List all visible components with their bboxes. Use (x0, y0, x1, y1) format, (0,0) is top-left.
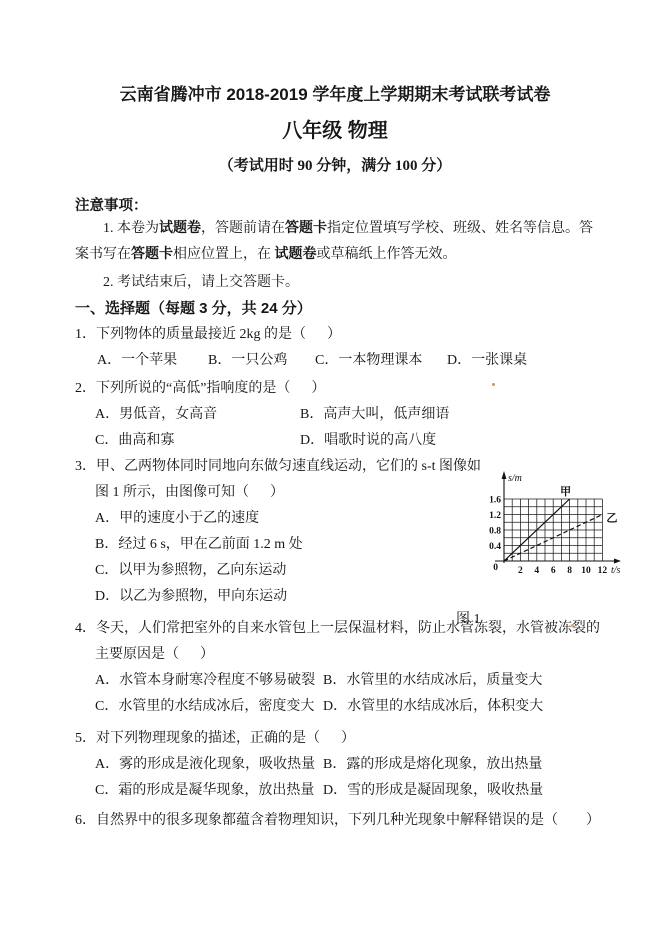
question-5-option-b: B．露的形成是熔化现象，放出热量 (323, 752, 595, 778)
svg-text:乙: 乙 (606, 512, 617, 525)
question-2-options-row-2: C．曲高和寡 D．唱歌时说的高八度 (75, 428, 595, 454)
notice-item-2-text: 2. 考试结束后，请上交答题卡。 (75, 270, 595, 296)
question-2-option-c: C．曲高和寡 (95, 428, 300, 454)
question-6: 6．自然界中的很多现象都蕴含着物理知识，下列几种光现象中解释错误的是（ ） (75, 808, 595, 834)
page-title: 云南省腾冲市 2018-2019 学年度上学期期末考试联考试卷 (75, 84, 595, 106)
svg-text:6: 6 (551, 566, 556, 576)
question-1-option-d: D．一张课桌 (447, 348, 595, 374)
question-2: 2．下列所说的“高低”指响度的是（ ） A．男低音，女高音 B．高声大叫，低声细… (75, 376, 595, 454)
question-5-option-a: A．雾的形成是液化现象，吸收热量 (95, 752, 323, 778)
question-4: 4．冬天，人们常把室外的自来水管包上一层保温材料，防止水管冻裂，水管被冻裂的 主… (75, 616, 595, 720)
notice-item-1-line-2: 案书写在答题卡相应位置上，在 试题卷或草稿纸上作答无效。 (75, 242, 595, 268)
notice-bold-term: 试题卷 (159, 221, 201, 236)
question-2-options-row-1: A．男低音，女高音 B．高声大叫，低声细语 (75, 402, 595, 428)
notice-item-1-line-1: 1. 本卷为试题卷，答题前请在答题卡指定位置填写学校、班级、姓名等信息。答 (75, 216, 595, 242)
question-1-options: A．一个苹果 B．一只公鸡 C．一本物理课本 D．一张课桌 (75, 348, 595, 374)
question-4-options-row-2: C．水管里的水结成冰后，密度变大 D．水管里的水结成冰后，体积变大 (75, 694, 595, 720)
s-t-graph-figure: s/mt/s0246810120.40.81.21.6甲乙 (478, 466, 661, 584)
exam-duration-info: （考试用时 90 分钟，满分 100 分） (75, 156, 595, 176)
question-5-option-c: C．霜的形成是凝华现象，放出热量 (95, 778, 323, 804)
scan-artifact-dot (571, 624, 574, 627)
question-5-option-d: D．雪的形成是凝固现象，吸收热量 (323, 778, 595, 804)
question-4-option-a: A．水管本身耐寒冷程度不够易破裂 (95, 668, 323, 694)
question-1-option-c: C．一本物理课本 (315, 348, 447, 374)
figure-caption: 图 1 (456, 610, 481, 630)
content-column: 云南省腾冲市 2018-2019 学年度上学期期末考试联考试卷 八年级 物理 （… (75, 84, 595, 834)
question-1: 1．下列物体的质量最接近 2kg 的是（ ） A．一个苹果 B．一只公鸡 C．一… (75, 322, 595, 374)
question-5-text: 5．对下列物理现象的描述，正确的是（ ） (75, 726, 595, 752)
question-1-option-b: B．一只公鸡 (208, 348, 315, 374)
exam-paper-page: 云南省腾冲市 2018-2019 学年度上学期期末考试联考试卷 八年级 物理 （… (0, 0, 661, 935)
exam-subtitle: 八年级 物理 (75, 118, 595, 144)
svg-text:10: 10 (581, 566, 591, 576)
notice-item-1: 1. 本卷为试题卷，答题前请在答题卡指定位置填写学校、班级、姓名等信息。答 案书… (75, 216, 595, 268)
svg-text:0: 0 (493, 563, 498, 573)
svg-text:甲: 甲 (560, 485, 571, 498)
notice-heading: 注意事项： (75, 196, 595, 216)
section-1-heading: 一、选择题（每题 3 分，共 24 分） (75, 296, 595, 322)
question-4-option-c: C．水管里的水结成冰后，密度变大 (95, 694, 323, 720)
question-4-text-line-1: 4．冬天，人们常把室外的自来水管包上一层保温材料，防止水管冻裂，水管被冻裂的 (75, 616, 595, 642)
question-5-options-row-2: C．霜的形成是凝华现象，放出热量 D．雪的形成是凝固现象，吸收热量 (75, 778, 595, 804)
notice-text: 1. 本卷为 (103, 221, 159, 236)
svg-text:1.6: 1.6 (489, 496, 501, 506)
notice-text: ，答题前请在 (201, 221, 285, 236)
question-4-text-line-2: 主要原因是（ ） (75, 642, 595, 668)
question-4-option-b: B．水管里的水结成冰后，质量变大 (323, 668, 595, 694)
svg-text:s/m: s/m (508, 473, 522, 484)
svg-text:8: 8 (567, 566, 572, 576)
notice-text: 指定位置填写学校、班级、姓名等信息。答 (327, 221, 593, 236)
notice-bold-term: 试题卷 (275, 247, 317, 262)
question-1-text: 1．下列物体的质量最接近 2kg 的是（ ） (75, 322, 595, 348)
s-t-graph: s/mt/s0246810120.40.81.21.6甲乙 (478, 466, 661, 584)
question-4-options-row-1: A．水管本身耐寒冷程度不够易破裂 B．水管里的水结成冰后，质量变大 (75, 668, 595, 694)
question-1-option-a: A．一个苹果 (97, 348, 208, 374)
svg-text:0.8: 0.8 (489, 527, 501, 537)
question-5: 5．对下列物理现象的描述，正确的是（ ） A．雾的形成是液化现象，吸收热量 B．… (75, 726, 595, 804)
svg-text:12: 12 (598, 566, 608, 576)
question-6-text: 6．自然界中的很多现象都蕴含着物理知识，下列几种光现象中解释错误的是（ ） (75, 808, 595, 834)
question-2-text: 2．下列所说的“高低”指响度的是（ ） (75, 376, 595, 402)
notice-item-2: 2. 考试结束后，请上交答题卡。 (75, 270, 595, 296)
question-2-option-b: B．高声大叫，低声细语 (300, 402, 595, 428)
question-2-option-d: D．唱歌时说的高八度 (300, 428, 595, 454)
scan-artifact-dot (492, 383, 495, 386)
notice-text: 或草稿纸上作答无效。 (317, 247, 457, 262)
notice-text: 相应位置上，在 (173, 247, 275, 262)
svg-text:0.4: 0.4 (489, 542, 501, 552)
question-5-options-row-1: A．雾的形成是液化现象，吸收热量 B．露的形成是熔化现象，放出热量 (75, 752, 595, 778)
svg-text:1.2: 1.2 (489, 511, 501, 521)
svg-text:2: 2 (518, 566, 523, 576)
svg-text:t/s: t/s (611, 565, 621, 576)
question-2-option-a: A．男低音，女高音 (95, 402, 300, 428)
notice-bold-term: 答题卡 (285, 221, 327, 236)
svg-text:4: 4 (534, 566, 539, 576)
notice-bold-term: 答题卡 (131, 247, 173, 262)
question-3-option-d: D．以乙为参照物，甲向东运动 (95, 584, 595, 610)
question-4-option-d: D．水管里的水结成冰后，体积变大 (323, 694, 595, 720)
notice-text: 案书写在 (75, 247, 131, 262)
